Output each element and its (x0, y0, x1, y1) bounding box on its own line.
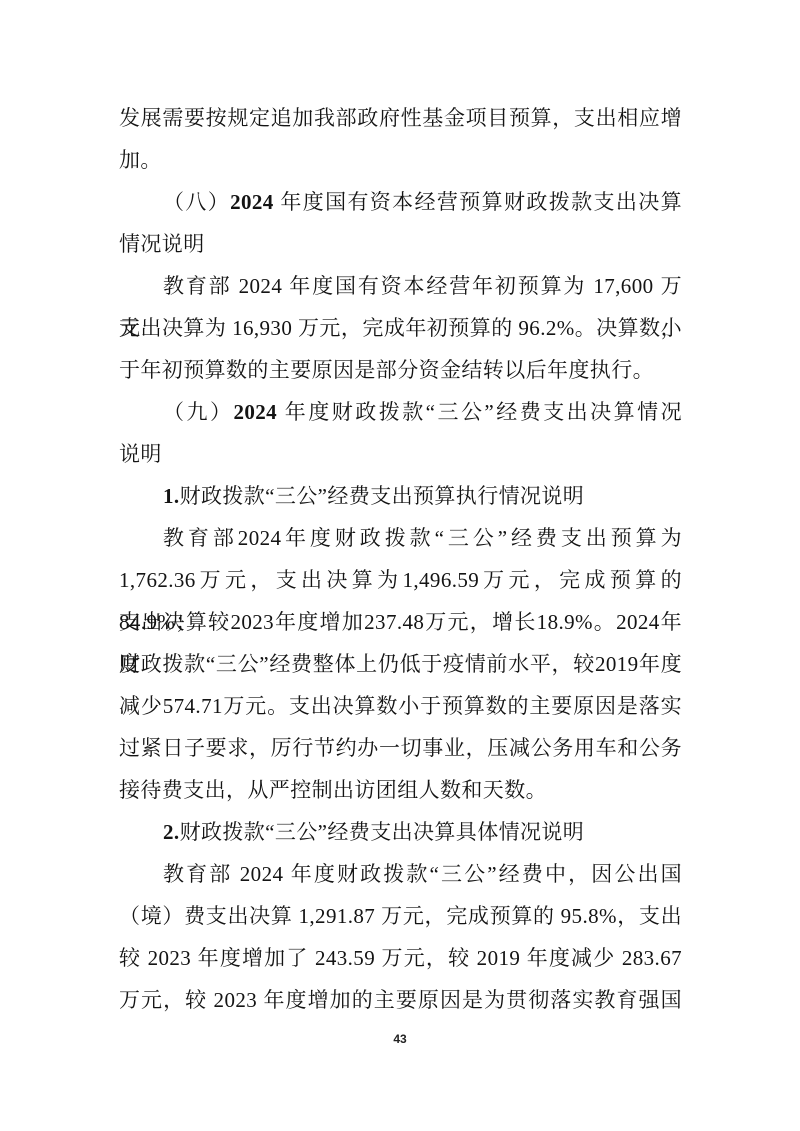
text-segment-bold: 1. (163, 484, 180, 508)
text-segment: 支出决算为 16,930 万元，完成年初预算的 96.2%。决算数小 (119, 316, 682, 340)
text-segment: 接待费支出，从严控制出访团组人数和天数。 (119, 778, 547, 802)
text-line: 教育部 2024 年度国有资本经营年初预算为 17,600 万元， (119, 265, 682, 307)
page-footer: 43 (0, 1030, 800, 1048)
text-segment-bold: 2024 (230, 190, 274, 214)
text-line: （八）2024 年度国有资本经营预算财政拨款支出决算 (119, 181, 682, 223)
text-line: 支出决算较2023年度增加237.48万元，增长18.9%。2024年度 (119, 601, 682, 643)
text-line: 支出决算为 16,930 万元，完成年初预算的 96.2%。决算数小 (119, 307, 682, 349)
text-line: 情况说明 (119, 223, 682, 265)
text-segment: 说明 (119, 442, 162, 466)
text-segment: 情况说明 (119, 232, 205, 256)
text-segment: 较 2023 年度增加了 243.59 万元，较 2019 年度减少 283.6… (119, 946, 682, 970)
text-segment: 财政拨款“三公”经费支出决算具体情况说明 (180, 820, 585, 844)
text-line: 1.财政拨款“三公”经费支出预算执行情况说明 (119, 475, 682, 517)
text-line: 财政拨款“三公”经费整体上仍低于疫情前水平，较2019年度 (119, 643, 682, 685)
text-line: 较 2023 年度增加了 243.59 万元，较 2019 年度减少 283.6… (119, 937, 682, 979)
document-page: 发展需要按规定追加我部政府性基金项目预算，支出相应增加。（八）2024 年度国有… (0, 0, 800, 1131)
text-segment: 年度国有资本经营预算财政拨款支出决算 (274, 190, 682, 214)
text-line: 加。 (119, 139, 682, 181)
text-line: 于年初预算数的主要原因是部分资金结转以后年度执行。 (119, 349, 682, 391)
text-segment: 教育部2024年度财政拨款“三公”经费支出预算为 (163, 526, 682, 550)
text-segment-bold: 2024 (233, 400, 277, 424)
text-line: 2.财政拨款“三公”经费支出决算具体情况说明 (119, 811, 682, 853)
text-segment: （境）费支出决算 1,291.87 万元，完成预算的 95.8%，支出 (119, 904, 682, 928)
page-number: 43 (393, 1032, 406, 1046)
text-line: 说明 (119, 433, 682, 475)
text-line: （九）2024 年度财政拨款“三公”经费支出决算情况 (119, 391, 682, 433)
text-segment: 财政拨款“三公”经费支出预算执行情况说明 (180, 484, 585, 508)
text-segment: 加。 (119, 148, 162, 172)
text-segment-bold: 2. (163, 820, 180, 844)
text-line: 减少574.71万元。支出决算数小于预算数的主要原因是落实 (119, 685, 682, 727)
text-block: 发展需要按规定追加我部政府性基金项目预算，支出相应增加。（八）2024 年度国有… (119, 97, 682, 1021)
text-line: 发展需要按规定追加我部政府性基金项目预算，支出相应增 (119, 97, 682, 139)
text-segment: 发展需要按规定追加我部政府性基金项目预算，支出相应增 (119, 106, 682, 130)
text-segment: 减少574.71万元。支出决算数小于预算数的主要原因是落实 (119, 694, 682, 718)
text-segment: 教育部 2024 年度财政拨款“三公”经费中，因公出国 (163, 862, 682, 886)
text-segment: 于年初预算数的主要原因是部分资金结转以后年度执行。 (119, 358, 654, 382)
text-segment: 过紧日子要求，厉行节约办一切事业，压减公务用车和公务 (119, 736, 682, 760)
text-segment: （九） (163, 400, 233, 424)
text-line: 万元，较 2023 年度增加的主要原因是为贯彻落实教育强国 (119, 979, 682, 1021)
text-line: 接待费支出，从严控制出访团组人数和天数。 (119, 769, 682, 811)
text-segment: 财政拨款“三公”经费整体上仍低于疫情前水平，较2019年度 (119, 652, 682, 676)
text-line: 1,762.36万元，支出决算为1,496.59万元，完成预算的84.9%； (119, 559, 682, 601)
text-line: 过紧日子要求，厉行节约办一切事业，压减公务用车和公务 (119, 727, 682, 769)
text-line: 教育部 2024 年度财政拨款“三公”经费中，因公出国 (119, 853, 682, 895)
text-segment: 年度财政拨款“三公”经费支出决算情况 (277, 400, 682, 424)
text-segment: 万元，较 2023 年度增加的主要原因是为贯彻落实教育强国 (119, 988, 682, 1012)
text-line: （境）费支出决算 1,291.87 万元，完成预算的 95.8%，支出 (119, 895, 682, 937)
text-segment: （八） (163, 190, 230, 214)
text-line: 教育部2024年度财政拨款“三公”经费支出预算为 (119, 517, 682, 559)
